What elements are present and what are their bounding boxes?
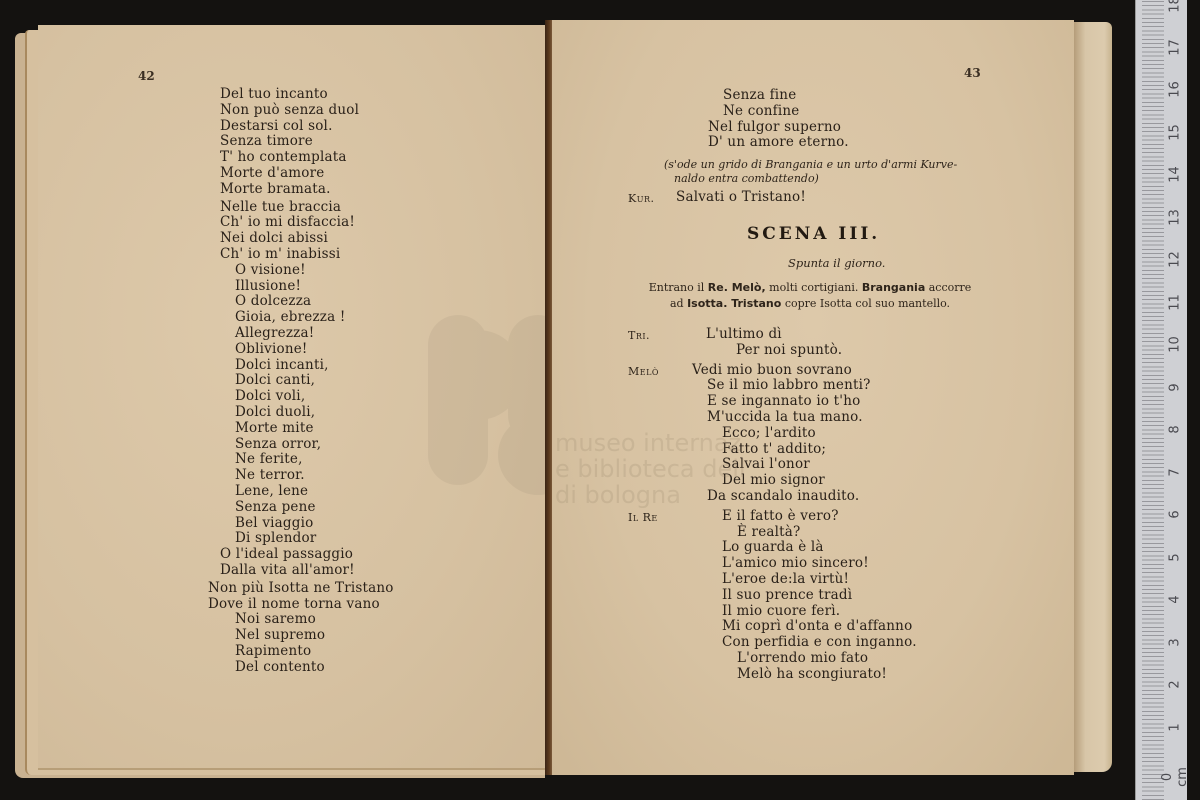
speaker-label: Tri. bbox=[628, 329, 650, 342]
verse-line: Illusione! bbox=[220, 279, 394, 295]
verse-line: Ch' io mi disfaccia! bbox=[220, 215, 394, 231]
ruler-label: 0 cm bbox=[1160, 766, 1190, 788]
verse-line: È realtà? bbox=[722, 525, 917, 541]
verse-line: Morte bramata. bbox=[220, 182, 394, 198]
ruler-label: 9 bbox=[1168, 376, 1183, 398]
measurement-ruler: 0 cm123456789101112131415161718 bbox=[1135, 0, 1187, 800]
verse-line: Rapimento bbox=[220, 644, 394, 660]
verse-line: Senza timore bbox=[220, 134, 394, 150]
scene-title: SCENA III. bbox=[747, 224, 880, 244]
verse-line: Ch' io m' inabissi bbox=[220, 247, 394, 263]
ruler-ticks bbox=[1142, 0, 1164, 800]
ruler-label: 13 bbox=[1168, 206, 1183, 228]
verse-line: Dolci canti, bbox=[220, 373, 394, 389]
stage-direction: (s'ode un grido di Brangania e un urto d… bbox=[664, 158, 957, 186]
verse-line: Del mio signor bbox=[692, 473, 871, 489]
right-opening-verse: Senza fineNe confineNel fulgor supernoD'… bbox=[708, 88, 849, 151]
verse-line: Destarsi col sol. bbox=[220, 119, 394, 135]
verse-line: Fatto t' addito; bbox=[692, 442, 871, 458]
right-page: 43 Senza fineNe confineNel fulgor supern… bbox=[552, 20, 1074, 775]
verse-line: Morte d'amore bbox=[220, 166, 394, 182]
verse-line: L'orrendo mio fato bbox=[722, 651, 917, 667]
verse-line: Non può senza duol bbox=[220, 103, 394, 119]
book-gutter bbox=[545, 20, 552, 775]
verse-line: Il mio cuore ferì. bbox=[722, 604, 917, 620]
verse-line: Se il mio labbro menti? bbox=[692, 378, 871, 394]
verse-line: Melò ha scongiurato! bbox=[722, 667, 917, 683]
right-page-stack-edge bbox=[1074, 22, 1112, 772]
verse-line: Ne terror. bbox=[220, 468, 394, 484]
verse-line: Senza fine bbox=[708, 88, 849, 104]
ruler-label: 2 bbox=[1168, 674, 1183, 696]
verse-line: Dolci incanti, bbox=[220, 358, 394, 374]
verse-line: Del tuo incanto bbox=[220, 87, 394, 103]
verse-line: Nel fulgor superno bbox=[708, 120, 849, 136]
verse-line: D' un amore eterno. bbox=[708, 135, 849, 151]
speech-block: L'ultimo dìPer noi spuntò. bbox=[706, 327, 842, 359]
ruler-label: 15 bbox=[1168, 121, 1183, 143]
verse-line: Nel supremo bbox=[220, 628, 394, 644]
verse-line: L'eroe de:la virtù! bbox=[722, 572, 917, 588]
verse-line: Bel viaggio bbox=[220, 516, 394, 532]
verse-line: Salvai l'onor bbox=[692, 457, 871, 473]
ruler-label: 8 bbox=[1168, 419, 1183, 441]
verse-line: T' ho contemplata bbox=[220, 150, 394, 166]
verse-line: Nelle tue braccia bbox=[220, 200, 394, 216]
verse-line: Morte mite bbox=[220, 421, 394, 437]
verse-line: Dalla vita all'amor! bbox=[220, 563, 394, 579]
ruler-label: 10 bbox=[1168, 334, 1183, 356]
verse-line: Da scandalo inaudito. bbox=[692, 489, 871, 505]
speaker-kur: Kur. bbox=[628, 192, 654, 205]
verse-line: Lene, lene bbox=[220, 484, 394, 500]
verse-line: L'ultimo dì bbox=[706, 327, 842, 343]
verse-line: Per noi spuntò. bbox=[706, 343, 842, 359]
verse-line: Dove il nome torna vano bbox=[208, 597, 394, 613]
verse-line: Nei dolci abissi bbox=[220, 231, 394, 247]
verse-line: Lo guarda è là bbox=[722, 540, 917, 556]
verse-line: Senza pene bbox=[220, 500, 394, 516]
kur-line: Salvati o Tristano! bbox=[676, 190, 806, 206]
verse-line: Del contento bbox=[220, 660, 394, 676]
ruler-label: 6 bbox=[1168, 504, 1183, 526]
ruler-label: 18 bbox=[1168, 0, 1183, 16]
ruler-label: 12 bbox=[1168, 249, 1183, 271]
verse-line: M'uccida la tua mano. bbox=[692, 410, 871, 426]
verse-line: Allegrezza! bbox=[220, 326, 394, 342]
verse-line: Gioia, ebrezza ! bbox=[220, 310, 394, 326]
speech-block: E il fatto è vero?È realtà?Lo guarda è l… bbox=[722, 509, 917, 683]
verse-line: O l'ideal passaggio bbox=[220, 547, 394, 563]
speech-block: Vedi mio buon sovranoSe il mio labbro me… bbox=[692, 363, 871, 505]
ruler-label: 17 bbox=[1168, 36, 1183, 58]
verse-line: Ne confine bbox=[708, 104, 849, 120]
ruler-label: 7 bbox=[1168, 461, 1183, 483]
verse-line: Dolci duoli, bbox=[220, 405, 394, 421]
verse-line: Ecco; l'ardito bbox=[692, 426, 871, 442]
verse-line: L'amico mio sincero! bbox=[722, 556, 917, 572]
ruler-label: 11 bbox=[1168, 291, 1183, 313]
scene-subtitle: Spunta il giorno. bbox=[788, 256, 885, 270]
verse-line: Oblivione! bbox=[220, 342, 394, 358]
verse-line: Il suo prence tradì bbox=[722, 588, 917, 604]
verse-line: Ne ferite, bbox=[220, 452, 394, 468]
verse-line: E se ingannato io t'ho bbox=[692, 394, 871, 410]
scene-description: Entrano il Re. Melò, molti cortigiani. B… bbox=[630, 280, 990, 312]
speaker-label: Melò bbox=[628, 365, 659, 378]
speaker-label: Il Re bbox=[628, 511, 658, 524]
ruler-label: 14 bbox=[1168, 164, 1183, 186]
verse-line: Senza orror, bbox=[220, 437, 394, 453]
scan-background: 42 Del tuo incantoNon può senza duolDest… bbox=[0, 0, 1200, 800]
page-number-right: 43 bbox=[964, 66, 981, 80]
verse-line: Vedi mio buon sovrano bbox=[692, 363, 871, 379]
verse-line: E il fatto è vero? bbox=[722, 509, 917, 525]
left-page: 42 Del tuo incantoNon può senza duolDest… bbox=[38, 25, 546, 770]
verse-line: Dolci voli, bbox=[220, 389, 394, 405]
left-verse-block: Del tuo incantoNon può senza duolDestars… bbox=[220, 87, 394, 675]
verse-line: Con perfidia e con inganno. bbox=[722, 635, 917, 651]
ruler-label: 1 bbox=[1168, 716, 1183, 738]
verse-line: Mi coprì d'onta e d'affanno bbox=[722, 619, 917, 635]
ruler-label: 4 bbox=[1168, 589, 1183, 611]
verse-line: O dolcezza bbox=[220, 294, 394, 310]
verse-line: Non più Isotta ne Tristano bbox=[208, 581, 394, 597]
verse-line: Di splendor bbox=[220, 531, 394, 547]
verse-line: O visione! bbox=[220, 263, 394, 279]
ruler-label: 16 bbox=[1168, 79, 1183, 101]
ruler-label: 3 bbox=[1168, 631, 1183, 653]
verse-line: Noi saremo bbox=[220, 612, 394, 628]
ruler-label: 5 bbox=[1168, 546, 1183, 568]
page-number-left: 42 bbox=[138, 69, 155, 83]
